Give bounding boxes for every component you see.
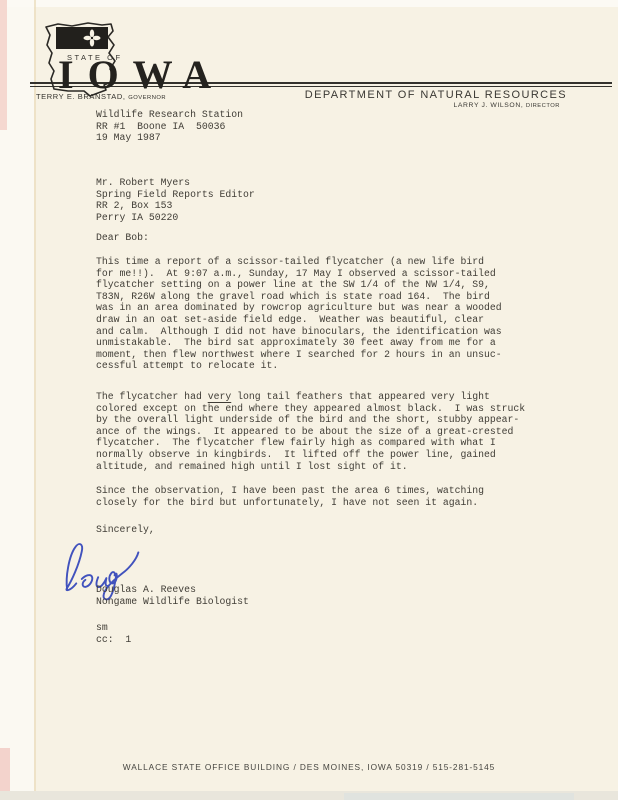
recipient-address-block: Mr. Robert Myers Spring Field Reports Ed…	[96, 177, 255, 223]
signer-name-block: Douglas A. Reeves Nongame Wildlife Biolo…	[96, 584, 249, 607]
closing-line: Sincerely,	[96, 524, 155, 536]
director-name: LARRY J. WILSON,	[454, 102, 524, 109]
typist-initials-block: sm cc: 1	[96, 622, 131, 645]
director-title: DIRECTOR	[526, 103, 560, 109]
paragraph-2-rest: long tail feathers that appeared very li…	[96, 391, 525, 472]
director-line: LARRY J. WILSON, DIRECTOR	[454, 102, 560, 109]
governor-title: GOVERNOR	[128, 95, 166, 101]
governor-line: TERRY E. BRANSTAD, GOVERNOR	[36, 92, 166, 101]
scan-edge-bottom-shadow	[344, 793, 574, 800]
scan-artifact-pink-top	[0, 0, 7, 130]
footer-address: WALLACE STATE OFFICE BUILDING / DES MOIN…	[0, 762, 618, 772]
letter-page: STATE OF IOWA TERRY E. BRANSTAD, GOVERNO…	[0, 0, 618, 800]
paper-fold-line	[34, 0, 36, 800]
governor-name: TERRY E. BRANSTAD,	[36, 92, 126, 101]
sender-address-block: Wildlife Research Station RR #1 Boone IA…	[96, 109, 243, 144]
underlined-word: very	[208, 391, 232, 402]
salutation: Dear Bob:	[96, 232, 149, 244]
paragraph-2-lead: The flycatcher had	[96, 391, 208, 402]
paragraph-1: This time a report of a scissor-tailed f…	[96, 256, 502, 372]
paragraph-3: Since the observation, I have been past …	[96, 485, 484, 508]
department-title: DEPARTMENT OF NATURAL RESOURCES	[305, 89, 567, 101]
iowa-wordmark: IOWA	[58, 58, 225, 92]
scan-edge-top	[0, 0, 618, 7]
paragraph-2: The flycatcher had very long tail feathe…	[96, 391, 525, 472]
